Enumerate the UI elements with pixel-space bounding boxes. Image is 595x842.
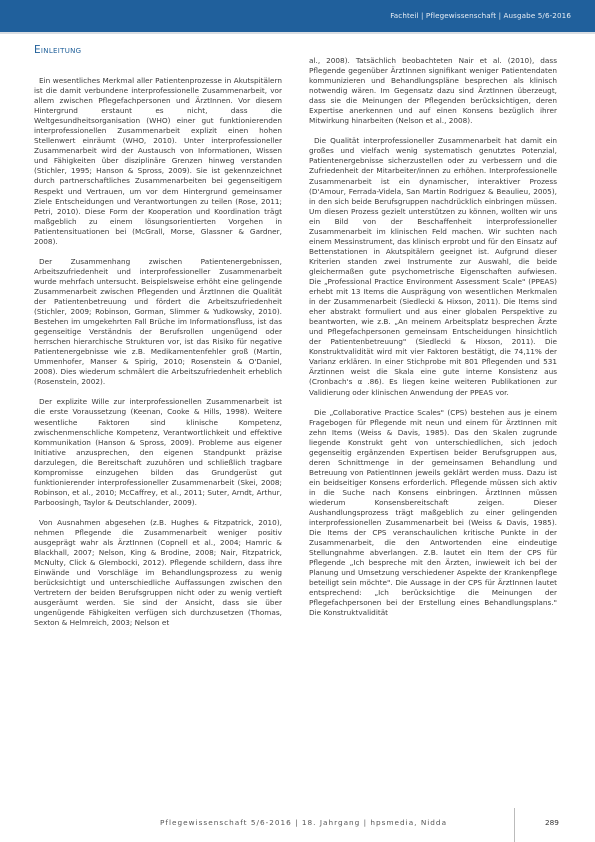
paragraph: Von Ausnahmen abgesehen (z.B. Hughes & F…: [34, 518, 282, 629]
paragraph: Der Zusammenhang zwischen Patientenergeb…: [34, 257, 282, 388]
section-heading: Einleitung: [34, 44, 81, 56]
paragraph: Die Qualität interprofessioneller Zusamm…: [309, 136, 557, 397]
running-title: Fachteil | Pflegewissenschaft | Ausgabe …: [390, 11, 571, 20]
left-column: Ein wesentliches Merkmal aller Patienten…: [34, 76, 282, 638]
right-column: al., 2008). Tatsächlich beobachteten Nai…: [309, 56, 557, 629]
paragraph: Ein wesentliches Merkmal aller Patienten…: [34, 76, 282, 247]
paragraph: al., 2008). Tatsächlich beobachteten Nai…: [309, 56, 557, 126]
footer-divider: [514, 808, 515, 842]
paragraph: Die „Collaborative Practice Scales" (CPS…: [309, 408, 557, 619]
paragraph: Der explizite Wille zur interprofessione…: [34, 397, 282, 508]
running-header: Fachteil | Pflegewissenschaft | Ausgabe …: [0, 0, 595, 34]
footer-journal-info: Pflegewissenschaft 5/6-2016 | 18. Jahrga…: [160, 818, 447, 827]
page-number: 289: [545, 818, 559, 827]
